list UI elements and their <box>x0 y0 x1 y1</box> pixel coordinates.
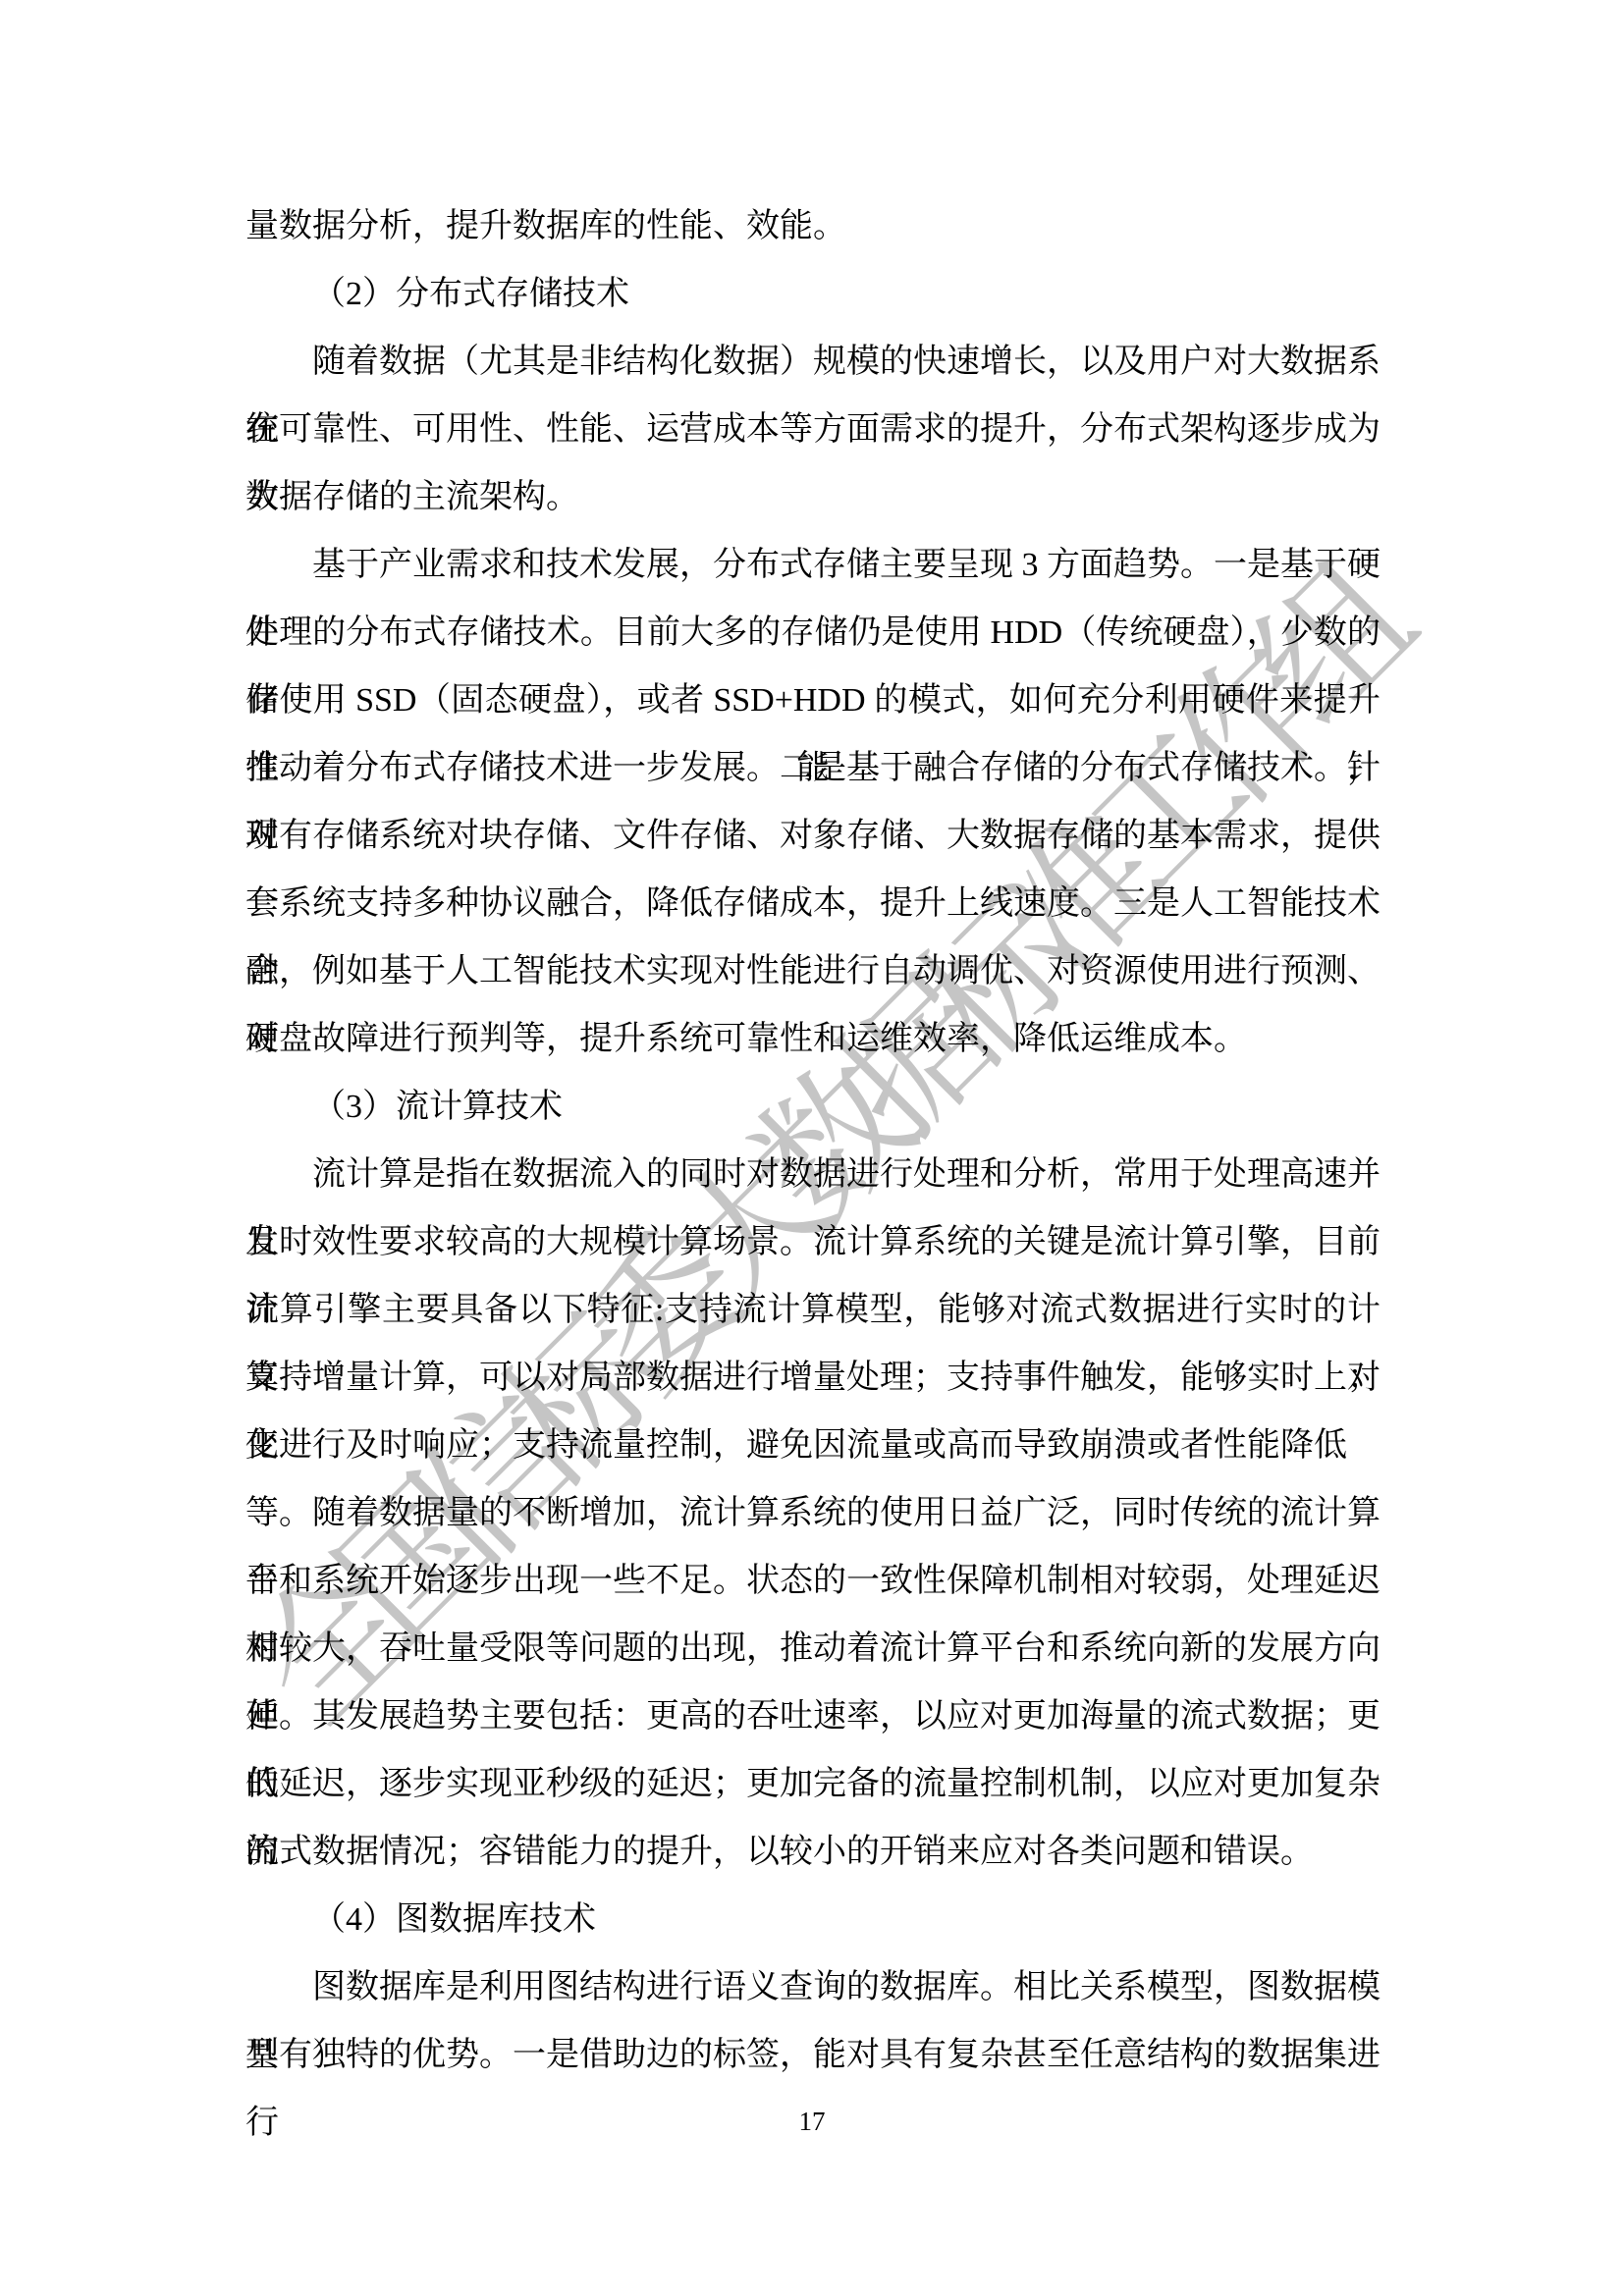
text-line: 随着数据（尤其是非结构化数据）规模的快速增长，以及用户对大数据系统 <box>245 328 1380 396</box>
document-page: 全国信标委大数据标准工作组 量数据分析，提升数据库的性能、效能。（2）分布式存储… <box>0 0 1624 2296</box>
text-line: 基于产业需求和技术发展，分布式存储主要呈现 3 方面趋势。一是基于硬件 <box>245 531 1380 599</box>
text-line: 套系统支持多种协议融合，降低存储成本，提升上线速度。三是人工智能技术融 <box>245 870 1380 937</box>
text-line: 伸。其发展趋势主要包括：更高的吞吐速率，以应对更加海量的流式数据；更低 <box>245 1682 1380 1750</box>
text-line: 在可靠性、可用性、性能、运营成本等方面需求的提升，分布式架构逐步成为大 <box>245 396 1380 463</box>
text-line: 推动着分布式存储技术进一步发展。二是基于融合存储的分布式存储技术。针对 <box>245 734 1380 802</box>
text-line: 随着数据量的不断增加，流计算系统的使用日益广泛，同时传统的流计算平 <box>245 1479 1380 1547</box>
document-lines: 量数据分析，提升数据库的性能、效能。（2）分布式存储技术随着数据（尤其是非结构化… <box>245 192 1380 2089</box>
page-number: 17 <box>0 2107 1624 2137</box>
text-line: 流式数据情况；容错能力的提升，以较小的开销来应对各类问题和错误。 <box>245 1818 1380 1886</box>
text-line: 硬盘故障进行预判等，提升系统可靠性和运维效率，降低运维成本。 <box>245 1005 1380 1073</box>
text-line: 对较大，吞吐量受限等问题的出现，推动着流计算平台和系统向新的发展方向延 <box>245 1615 1380 1682</box>
text-line: 的延迟，逐步实现亚秒级的延迟；更加完备的流量控制机制，以应对更加复杂的 <box>245 1750 1380 1818</box>
text-line: 化进行及时响应；支持流量控制，避免因流量或高而导致崩溃或者性能降低等。 <box>245 1412 1380 1479</box>
text-line: （4）图数据库技术 <box>245 1886 1380 1953</box>
text-line: 且时效性要求较高的大规模计算场景。流计算系统的关键是流计算引擎，目前流 <box>245 1208 1380 1276</box>
text-line: （3）流计算技术 <box>245 1073 1380 1141</box>
text-line: 合，例如基于人工智能技术实现对性能进行自动调优、对资源使用进行预测、对 <box>245 937 1380 1005</box>
text-line: 量数据分析，提升数据库的性能、效能。 <box>245 192 1380 260</box>
text-line: 处理的分布式存储技术。目前大多的存储仍是使用 HDD（传统硬盘），少数的存 <box>245 599 1380 667</box>
text-line: 台和系统开始逐步出现一些不足。状态的一致性保障机制相对较弱，处理延迟相 <box>245 1547 1380 1615</box>
text-line: 数据存储的主流架构。 <box>245 463 1380 531</box>
text-line: 计算引擎主要具备以下特征:支持流计算模型，能够对流式数据进行实时的计算； <box>245 1276 1380 1344</box>
text-line: 储使用 SSD（固态硬盘），或者 SSD+HDD 的模式，如何充分利用硬件来提升… <box>245 667 1380 734</box>
text-line: 图数据库是利用图结构进行语义查询的数据库。相比关系模型，图数据模型 <box>245 1953 1380 2021</box>
text-line: 具有独特的优势。一是借助边的标签，能对具有复杂甚至任意结构的数据集进行 <box>245 2021 1380 2089</box>
text-line: 支持增量计算，可以对局部数据进行增量处理；支持事件触发，能够实时上对变 <box>245 1344 1380 1412</box>
text-line: （2）分布式存储技术 <box>245 260 1380 328</box>
text-line: 流计算是指在数据流入的同时对数据进行处理和分析，常用于处理高速并发 <box>245 1141 1380 1208</box>
text-line: 现有存储系统对块存储、文件存储、对象存储、大数据存储的基本需求，提供一 <box>245 802 1380 870</box>
